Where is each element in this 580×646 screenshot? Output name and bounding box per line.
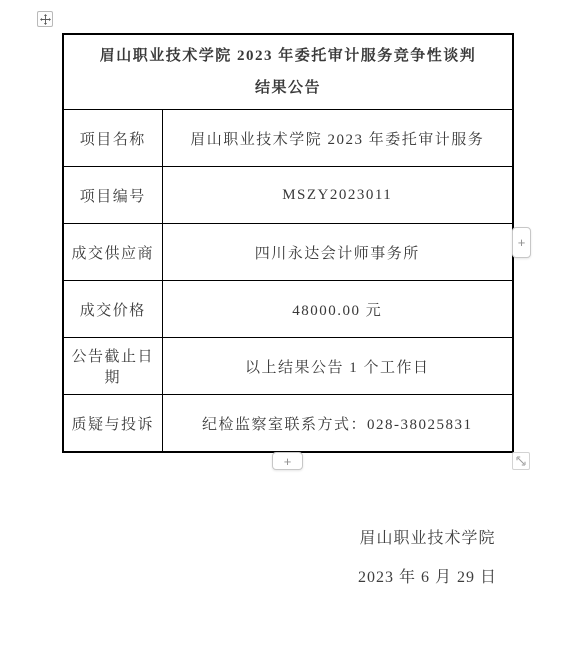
table-title-cell[interactable]: 眉山职业技术学院 2023 年委托审计服务竞争性谈判 结果公告 — [63, 34, 513, 110]
table-title-line2: 结果公告 — [68, 72, 508, 104]
row-value: 48000.00 元 — [292, 303, 382, 319]
row-value: 以上结果公告 1 个工作日 — [245, 360, 430, 376]
add-column-button[interactable]: + — [512, 227, 531, 258]
plus-icon: + — [284, 455, 292, 468]
table-resize-handle[interactable] — [512, 452, 530, 470]
row-label-cell[interactable]: 质疑与投诉 — [63, 395, 162, 453]
row-value: 纪检监察室联系方式：028-38025831 — [202, 417, 473, 433]
row-label-cell[interactable]: 公告截止日期 — [63, 338, 162, 395]
announcement-table: 眉山职业技术学院 2023 年委托审计服务竞争性谈判 结果公告 项目名称 眉山职… — [62, 33, 514, 453]
signature-org: 眉山职业技术学院 — [335, 528, 520, 550]
row-value-cell[interactable]: MSZY2023011 — [162, 167, 513, 224]
row-label-cell[interactable]: 项目名称 — [63, 110, 162, 167]
plus-icon: + — [518, 236, 526, 249]
row-label: 成交供应商 — [71, 246, 154, 262]
table-row-project-name: 项目名称 眉山职业技术学院 2023 年委托审计服务 — [63, 110, 513, 167]
table-title-row: 眉山职业技术学院 2023 年委托审计服务竞争性谈判 结果公告 — [63, 34, 513, 110]
table-row-complaint: 质疑与投诉 纪检监察室联系方式：028-38025831 — [63, 395, 513, 453]
resize-diagonal-icon — [515, 455, 527, 467]
row-value: 眉山职业技术学院 2023 年委托审计服务 — [190, 132, 484, 148]
row-label-cell[interactable]: 成交价格 — [63, 281, 162, 338]
table-move-handle[interactable] — [37, 11, 53, 27]
table-row-project-number: 项目编号 MSZY2023011 — [63, 167, 513, 224]
row-value-cell[interactable]: 以上结果公告 1 个工作日 — [162, 338, 513, 395]
table-title-line1: 眉山职业技术学院 2023 年委托审计服务竞争性谈判 — [68, 40, 508, 72]
row-label: 项目名称 — [80, 132, 146, 148]
document-page: 眉山职业技术学院 2023 年委托审计服务竞争性谈判 结果公告 项目名称 眉山职… — [0, 0, 580, 646]
signature-date: 2023 年 6 月 29 日 — [335, 567, 520, 589]
table-row-price: 成交价格 48000.00 元 — [63, 281, 513, 338]
table-row-supplier: 成交供应商 四川永达会计师事务所 — [63, 224, 513, 281]
move-arrows-icon — [40, 14, 51, 25]
row-label-cell[interactable]: 成交供应商 — [63, 224, 162, 281]
row-value: MSZY2023011 — [282, 187, 392, 203]
row-value-cell[interactable]: 48000.00 元 — [162, 281, 513, 338]
row-value: 四川永达会计师事务所 — [255, 246, 420, 262]
row-value-cell[interactable]: 眉山职业技术学院 2023 年委托审计服务 — [162, 110, 513, 167]
row-value-cell[interactable]: 纪检监察室联系方式：028-38025831 — [162, 395, 513, 453]
signature-block[interactable]: 眉山职业技术学院 2023 年 6 月 29 日 — [335, 528, 520, 589]
row-label: 公告截止日期 — [71, 349, 154, 386]
table-row-deadline: 公告截止日期 以上结果公告 1 个工作日 — [63, 338, 513, 395]
row-label: 项目编号 — [80, 189, 146, 205]
row-label: 成交价格 — [80, 303, 146, 319]
row-label: 质疑与投诉 — [71, 417, 154, 433]
add-row-button[interactable]: + — [272, 452, 303, 470]
row-value-cell[interactable]: 四川永达会计师事务所 — [162, 224, 513, 281]
row-label-cell[interactable]: 项目编号 — [63, 167, 162, 224]
